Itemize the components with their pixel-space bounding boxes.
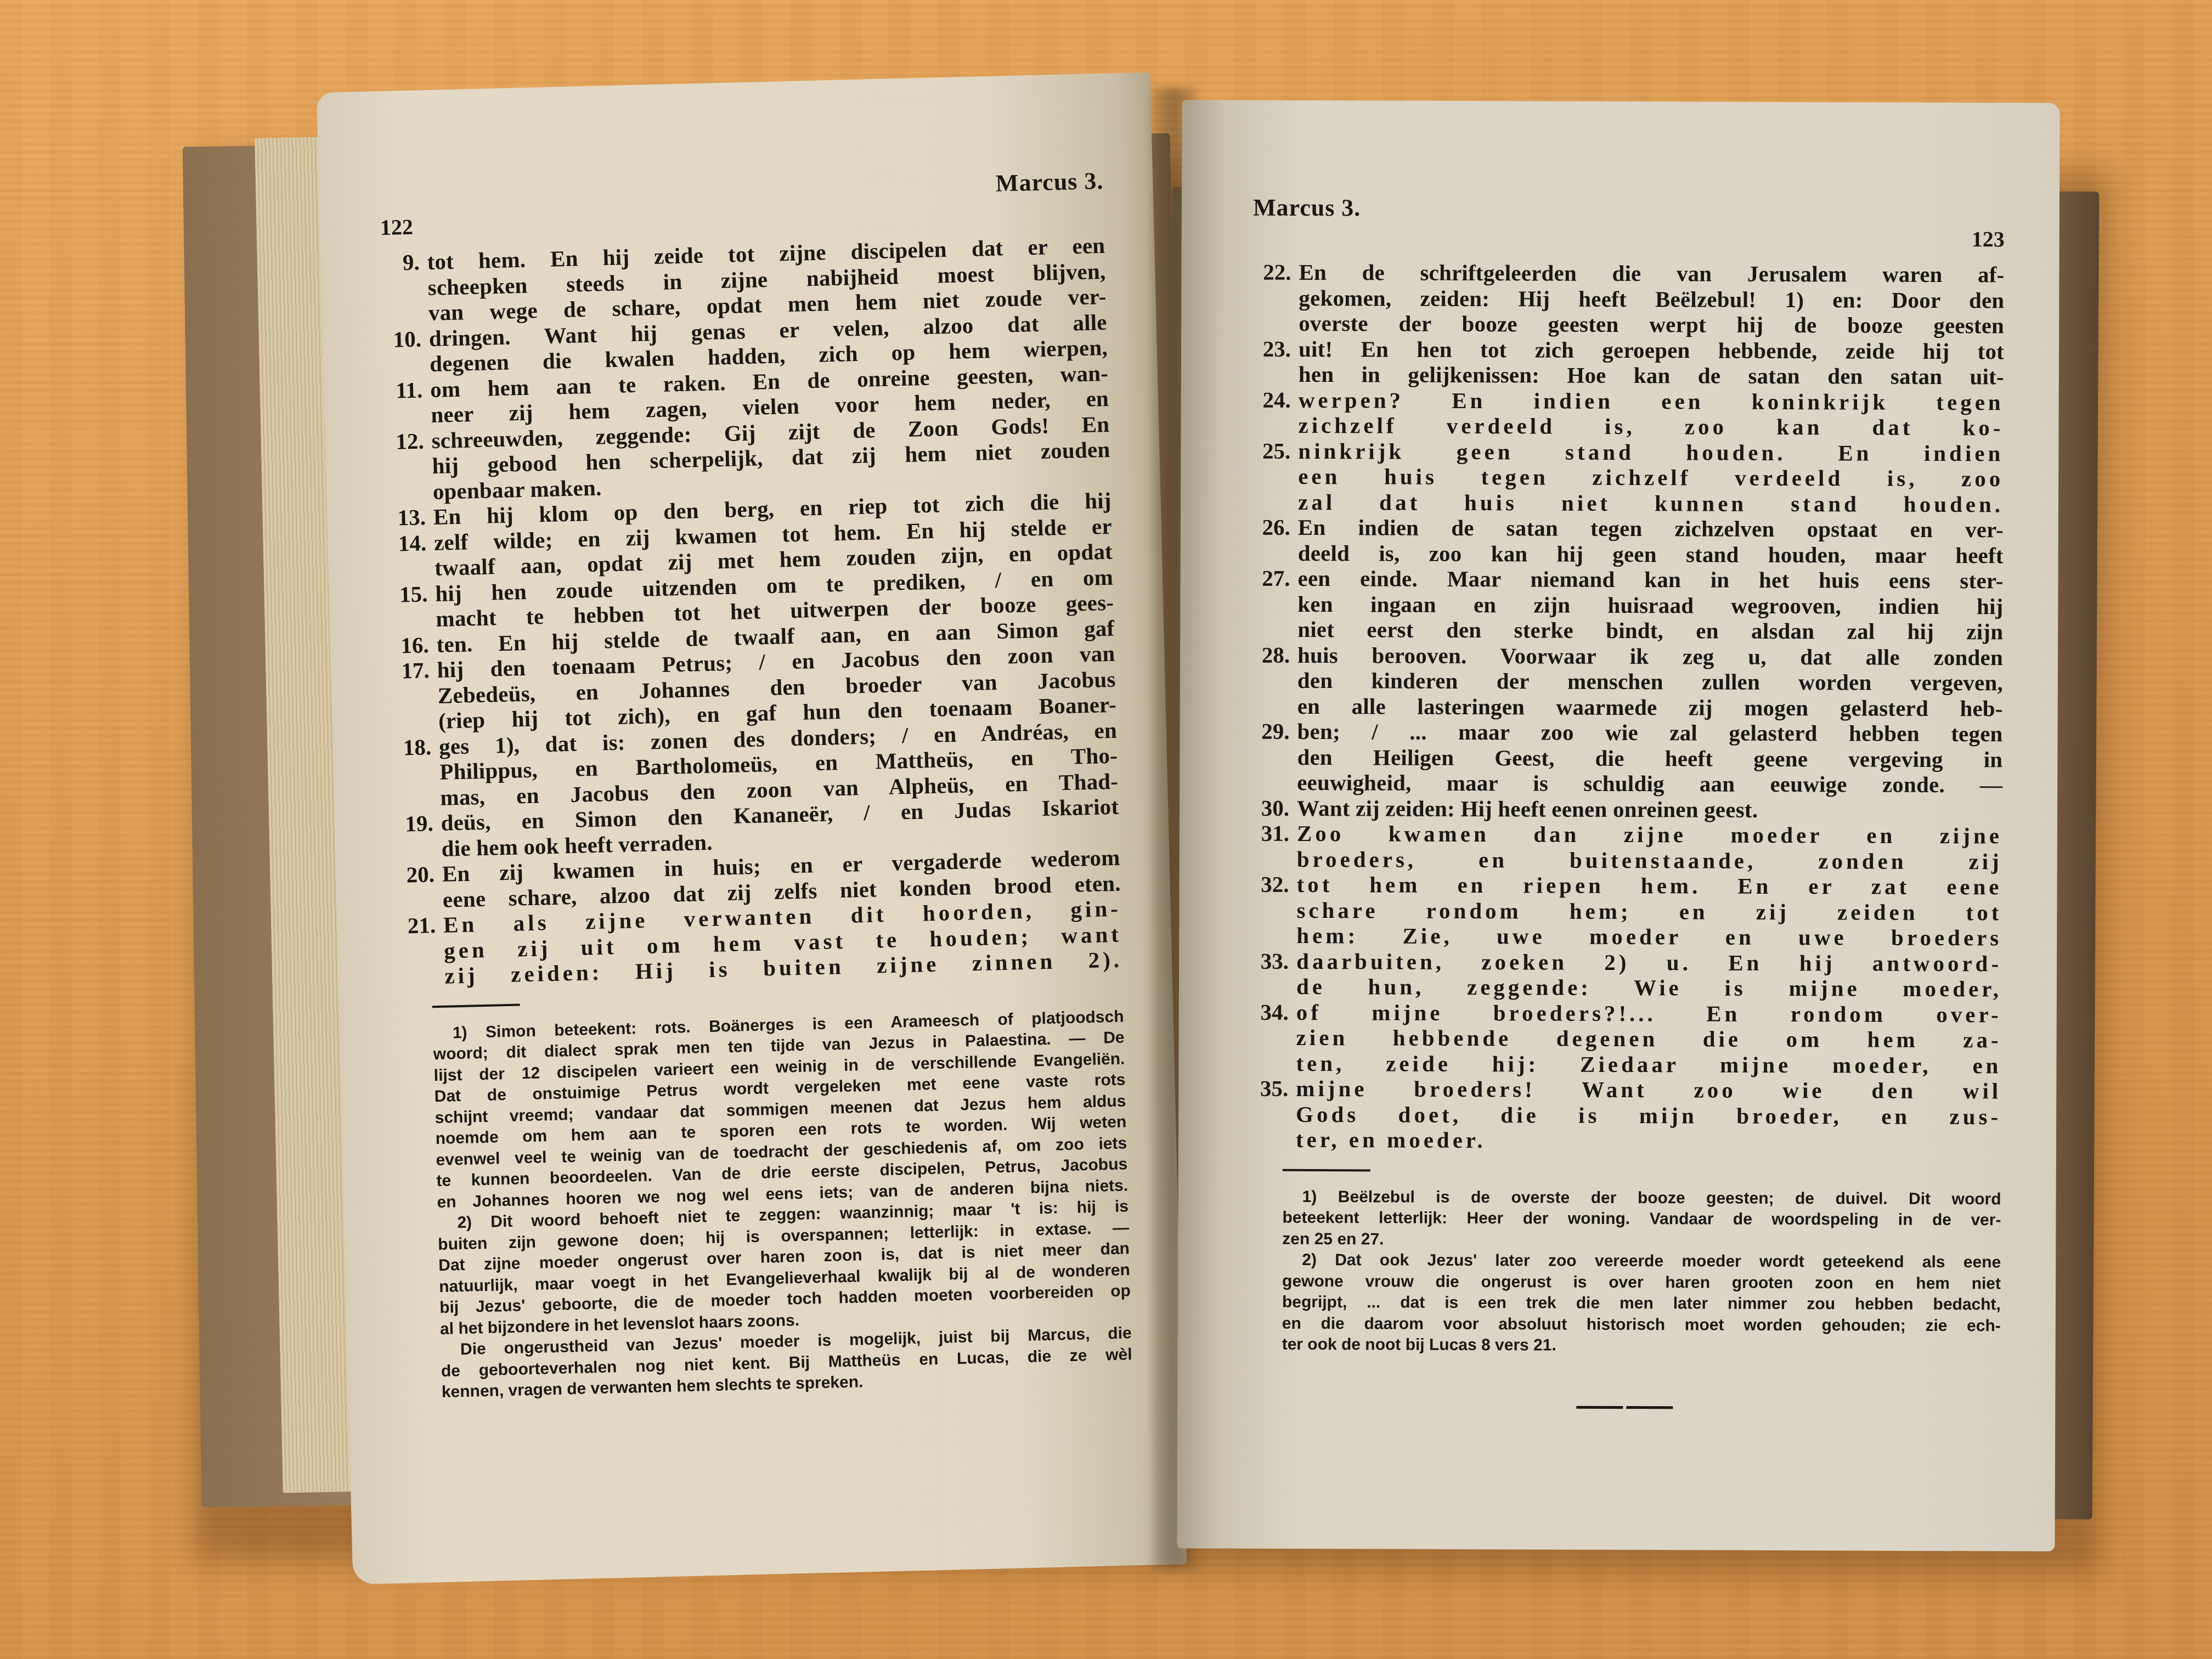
verse-number	[1252, 413, 1298, 438]
right-page: Marcus 3. 123 22.En de schriftgeleerden …	[1177, 100, 2059, 1551]
line-text: tot hem en riepen hem. En er zat eene	[1297, 872, 2002, 900]
text-line: 28.huis berooven. Voorwaar ik zeg u, dat…	[1251, 642, 2003, 670]
left-page: 122 Marcus 3. 9.tot hem. En hij zeide to…	[317, 72, 1187, 1584]
footnote-line: 1) Beëlzebul is de overste der booze gee…	[1283, 1186, 2001, 1210]
text-line: 27.een einde. Maar niemand kan in het hu…	[1251, 566, 2003, 594]
text-line: een huis tegen zichzelf verdeeld is, zoo	[1252, 464, 2004, 492]
verse-number	[1250, 1127, 1296, 1153]
text-line: 35.mijne broeders! Want zoo wie den wil	[1250, 1076, 2001, 1104]
left-running-head: 122 Marcus 3.	[379, 167, 1104, 240]
footnote-line: begrijpt, ... dat is een trek die men la…	[1282, 1292, 2001, 1316]
line-text: zien hebbende degenen die om hem za-	[1296, 1025, 2002, 1053]
text-line: 26.En indien de satan tegen zichzelven o…	[1252, 515, 2004, 543]
text-line: hen in gelijkenissen: Hoe kan de satan d…	[1252, 362, 2004, 390]
text-line: 31.Zoo kwamen dan zijne moeder en zijne	[1251, 821, 2002, 849]
chapter-title: Marcus 3.	[1253, 194, 1361, 222]
line-text: ten, zeide hij: Ziedaar mijne moeder, en	[1296, 1050, 2001, 1078]
verse-text: 22.En de schriftgeleerden die van Jerusa…	[1250, 259, 2005, 1155]
verse-number: 23.	[1252, 336, 1299, 362]
verse-number: 31.	[1251, 821, 1297, 847]
verse-number: 25.	[1252, 438, 1298, 464]
line-text: of mijne broeders?!... En rondom over-	[1296, 999, 2002, 1027]
text-line: en alle lasteringen waarmede zij mogen g…	[1251, 693, 2003, 721]
verse-number	[382, 300, 428, 327]
line-text: en alle lasteringen waarmede zij mogen g…	[1297, 693, 2003, 721]
chapter-end-ornament	[1249, 1404, 2000, 1410]
line-text: daarbuiten, zoeken 2) u. En hij antwoord…	[1296, 948, 2002, 976]
verse-number: 33.	[1250, 948, 1296, 974]
footnote-line: gewone vrouw die ongerust is over haren …	[1282, 1271, 2001, 1294]
line-text: ken ingaan en zijn huisraad wegrooven, i…	[1297, 591, 2003, 619]
verse-number: 20.	[396, 861, 442, 888]
text-line: 29.ben; / ... maar zoo wie zal gelasterd…	[1251, 719, 2003, 747]
footnotes: 1) Beëlzebul is de overste der booze gee…	[1249, 1186, 2001, 1358]
text-line: 22.En de schriftgeleerden die van Jerusa…	[1252, 259, 2004, 287]
text-line: den kinderen der menschen zullen worden …	[1251, 668, 2003, 696]
text-line: 32.tot hem en riepen hem. En er zat eene	[1251, 872, 2002, 900]
text-line: zichzelf verdeeld is, zoo kan dat ko-	[1252, 413, 2004, 441]
line-text: mijne broeders! Want zoo wie den wil	[1296, 1076, 2001, 1104]
line-text: een huis tegen zichzelf verdeeld is, zoo	[1298, 464, 2004, 492]
text-line: zal dat huis niet kunnen stand houden.	[1252, 489, 2004, 517]
line-text: En indien de satan tegen zichzelven opst…	[1298, 515, 2004, 543]
verse-number: 15.	[389, 580, 436, 607]
verse-number: 29.	[1251, 719, 1297, 744]
line-text: hen in gelijkenissen: Hoe kan de satan d…	[1299, 362, 2004, 390]
verse-number: 12.	[385, 428, 432, 455]
verse-number	[391, 682, 438, 709]
verse-number: 11.	[384, 377, 431, 404]
text-line: 23.uit! En hen tot zich geroepen hebbend…	[1252, 336, 2004, 364]
line-text: de hun, zeggende: Wie is mijne moeder,	[1296, 974, 2002, 1002]
page-number: 123	[1972, 226, 2005, 252]
verse-number	[383, 351, 430, 378]
verse-number	[1250, 923, 1296, 949]
verse-number	[398, 963, 445, 990]
verse-number	[1250, 1101, 1296, 1127]
verse-number	[386, 453, 432, 480]
right-running-head: Marcus 3. 123	[1253, 194, 2005, 252]
text-line: schare rondom hem; en zij zeiden tot	[1250, 897, 2002, 925]
verse-number: 16.	[390, 631, 437, 658]
verse-number	[1250, 1050, 1296, 1076]
verse-number	[1252, 285, 1299, 311]
verse-number	[1250, 897, 1296, 923]
verse-number	[1252, 311, 1299, 336]
line-text: Want zij zeiden: Hij heeft eenen onreine…	[1297, 795, 2002, 823]
text-line: deeld is, zoo kan hij geen stand houden,…	[1252, 540, 2004, 568]
verse-text: 9.tot hem. En hij zeide tot zijne discip…	[381, 233, 1123, 990]
verse-number: 13.	[387, 504, 433, 531]
line-text: overste der booze geesten werpt hij de b…	[1299, 311, 2004, 338]
line-text: gekomen, zeiden: Hij heeft Beëlzebul! 1)…	[1299, 285, 2004, 313]
verse-number: 22.	[1252, 259, 1299, 285]
text-line: Gods doet, die is mijn broeder, en zus-	[1250, 1101, 2001, 1129]
text-line: zien hebbende degenen die om hem za-	[1250, 1025, 2002, 1053]
verse-number	[1252, 489, 1298, 515]
verse-number: 35.	[1250, 1076, 1296, 1102]
verse-number: 26.	[1252, 515, 1298, 540]
verse-number	[386, 479, 433, 506]
footnote-line: beteekent letterlijk: Heer der woning. V…	[1282, 1207, 2001, 1231]
text-line: ter, en moeder.	[1250, 1127, 2001, 1155]
text-line: broeders, en buitenstaande, zonden zij	[1251, 846, 2002, 874]
verse-number	[396, 887, 443, 913]
chapter-title: Marcus 3.	[995, 167, 1104, 198]
verse-number	[385, 402, 431, 429]
verse-number	[398, 938, 444, 964]
verse-number	[1250, 974, 1296, 1000]
text-line: 34.of mijne broeders?!... En rondom over…	[1250, 999, 2002, 1027]
text-line: 33.daarbuiten, zoeken 2) u. En hij antwo…	[1250, 948, 2002, 976]
verse-number	[1251, 668, 1297, 693]
verse-number: 21.	[397, 912, 444, 939]
footnote-rule	[432, 1003, 520, 1008]
footnote-line: 2) Dat ook Jezus' later zoo vereerde moe…	[1282, 1250, 2001, 1273]
text-line: hem: Zie, uwe moeder en uwe broeders	[1250, 923, 2002, 951]
verse-number: 28.	[1251, 642, 1297, 668]
line-text: den Heiligen Geest, die heeft geene verg…	[1297, 744, 2002, 772]
verse-number	[1252, 362, 1299, 387]
verse-number	[390, 606, 436, 633]
verse-number	[1251, 591, 1297, 617]
verse-number	[388, 555, 435, 582]
line-text: Gods doet, die is mijn broeder, en zus-	[1296, 1101, 2001, 1129]
verse-number: 14.	[388, 529, 435, 556]
line-text: ter, en moeder.	[1296, 1127, 2001, 1155]
line-text: deeld is, zoo kan hij geen stand houden,…	[1298, 540, 2004, 568]
text-line: niet eerst den sterke bindt, en alsdan z…	[1251, 617, 2003, 645]
verse-number	[381, 275, 428, 302]
verse-number	[393, 759, 440, 786]
line-text: den kinderen der menschen zullen worden …	[1297, 668, 2003, 696]
line-text: niet eerst den sterke bindt, en alsdan z…	[1297, 617, 2003, 645]
footnotes: 1) Simon beteekent: rots. Boänerges is e…	[400, 1006, 1133, 1404]
footnote-line: en die daarom voor absoluut historisch m…	[1282, 1313, 2001, 1336]
text-line: den Heiligen Geest, die heeft geene verg…	[1251, 744, 2002, 772]
verse-number	[1252, 540, 1298, 566]
verse-number: 34.	[1250, 999, 1296, 1025]
line-text: ben; / ... maar zoo wie zal gelasterd he…	[1297, 719, 2003, 747]
verse-number	[1250, 1025, 1296, 1051]
verse-number	[392, 708, 439, 735]
verse-number: 9.	[381, 249, 427, 276]
line-text: En de schriftgeleerden die van Jerusalem…	[1299, 259, 2004, 287]
text-line: gekomen, zeiden: Hij heeft Beëlzebul! 1)…	[1252, 285, 2004, 313]
text-line: overste der booze geesten werpt hij de b…	[1252, 311, 2004, 338]
footnote-rule	[1283, 1169, 1370, 1171]
line-text: uit! En hen tot zich geroepen hebbende, …	[1299, 336, 2004, 364]
text-line: 25.ninkrijk geen stand houden. En indien	[1252, 438, 2004, 466]
text-line: 24.werpen? En indien een koninkrijk tege…	[1252, 387, 2004, 415]
verse-number	[395, 836, 442, 862]
verse-number: 24.	[1252, 387, 1299, 413]
verse-number	[1251, 693, 1297, 719]
line-text: Zoo kwamen dan zijne moeder en zijne	[1297, 821, 2002, 849]
text-line: 30.Want zij zeiden: Hij heeft eenen onre…	[1251, 795, 2002, 823]
verse-number	[1251, 846, 1297, 872]
footnote-line: ter ook de noot bij Lucas 8 vers 21.	[1282, 1334, 2001, 1358]
verse-number	[394, 785, 441, 811]
line-text: broeders, en buitenstaande, zonden zij	[1297, 846, 2002, 874]
line-text: hem: Zie, uwe moeder en uwe broeders	[1296, 923, 2002, 951]
text-line: de hun, zeggende: Wie is mijne moeder,	[1250, 974, 2002, 1002]
verse-number: 27.	[1251, 566, 1297, 591]
verse-number	[1251, 617, 1297, 642]
verse-number: 19.	[394, 810, 441, 837]
text-line: ken ingaan en zijn huisraad wegrooven, i…	[1251, 591, 2003, 619]
line-text: eeuwigheid, maar is schuldig aan eeuwige…	[1297, 770, 2002, 798]
line-text: ninkrijk geen stand houden. En indien	[1298, 438, 2004, 466]
verse-number: 17.	[391, 657, 437, 684]
text-line: eeuwigheid, maar is schuldig aan eeuwige…	[1251, 770, 2002, 798]
line-text: schare rondom hem; en zij zeiden tot	[1296, 897, 2002, 925]
footnote-line: zen 25 en 27.	[1282, 1228, 2001, 1252]
verse-number	[1252, 464, 1298, 489]
verse-number	[1251, 770, 1297, 795]
line-text: zal dat huis niet kunnen stand houden.	[1298, 489, 2004, 517]
verse-number: 18.	[393, 733, 439, 760]
line-text: werpen? En indien een koninkrijk tegen	[1299, 387, 2004, 415]
line-text: zichzelf verdeeld is, zoo kan dat ko-	[1298, 413, 2004, 441]
line-text: een einde. Maar niemand kan in het huis …	[1297, 566, 2003, 594]
text-line: ten, zeide hij: Ziedaar mijne moeder, en	[1250, 1050, 2001, 1078]
verse-number: 10.	[382, 326, 429, 353]
verse-number	[1251, 744, 1297, 770]
verse-number: 30.	[1251, 795, 1297, 821]
page-number: 122	[380, 214, 413, 240]
line-text: huis berooven. Voorwaar ik zeg u, dat al…	[1297, 642, 2003, 670]
verse-number: 32.	[1251, 872, 1297, 898]
